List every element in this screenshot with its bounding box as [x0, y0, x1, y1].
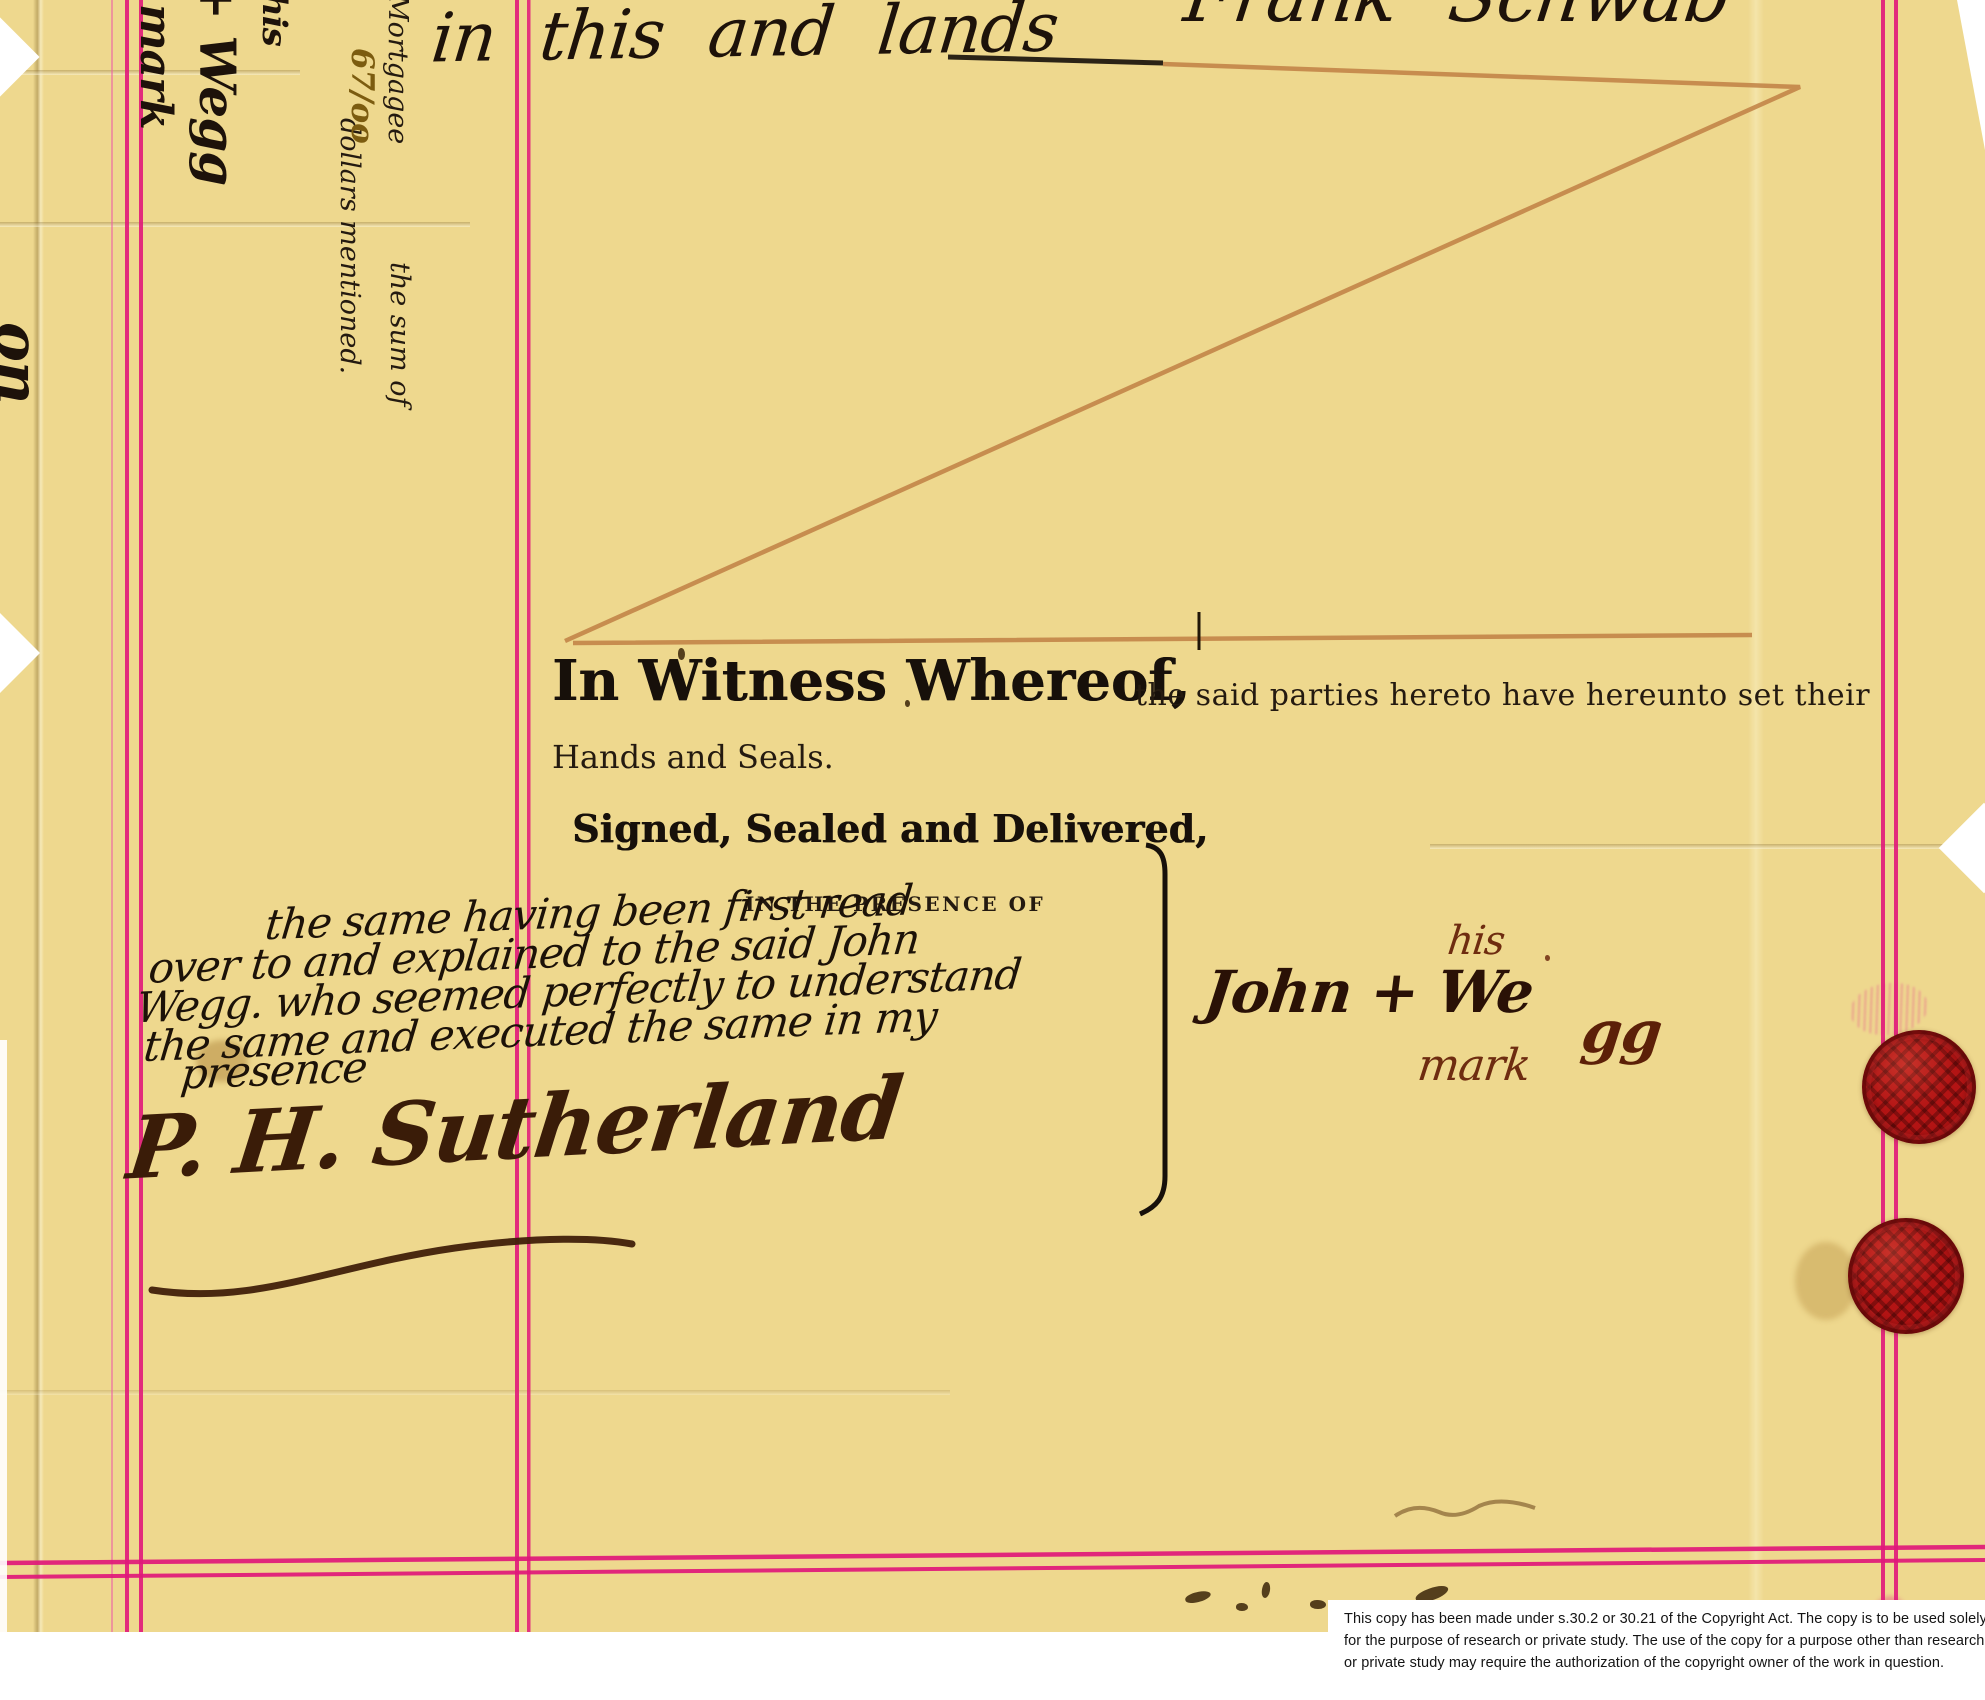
signatory-mark-label: mark [1415, 1040, 1533, 1091]
margin-rule-mid-1 [515, 0, 519, 1700]
margin-rule-right-1 [1881, 0, 1885, 1640]
margin-label-mortgagee: Mortgagee [382, 0, 413, 144]
witness-heading: In Witness Whereof, [552, 648, 1190, 714]
hands-seals-line: Hands and Seals. [552, 738, 834, 776]
margin-rule-right-2 [1894, 0, 1898, 1640]
copyright-line: for the purpose of research or private s… [1344, 1630, 1985, 1652]
wax-seal-bottom [1848, 1218, 1964, 1334]
edge-signature-wegg: + Wegg [188, 0, 247, 185]
ink-speck [905, 700, 910, 707]
copyright-line: or private study may require the authori… [1344, 1652, 1985, 1674]
edge-sliver-left [0, 1040, 7, 1700]
top-handwriting: in this and lands [428, 0, 1062, 79]
margin-label-sum: the sum of [384, 262, 415, 406]
faint-scribble [1395, 1501, 1535, 1516]
margin-rule-mid-2 [527, 0, 531, 1700]
ink-speck [1545, 955, 1550, 961]
ink-blot [1236, 1603, 1248, 1611]
signatory-signature: John + We [1201, 958, 1537, 1026]
margin-label-dollars: dollars mentioned. [334, 118, 365, 374]
copyright-notice: This copy has been made under s.30.2 or … [1328, 1600, 1985, 1700]
margin-rule-left-1 [125, 0, 129, 1700]
edge-signature-his: his [254, 0, 294, 46]
edge-partial-handwriting: on [0, 322, 52, 404]
signatory-signature-flourish: gg [1578, 998, 1665, 1066]
document-scan-page: in this and lands Frank Schwab Mortgagee… [0, 0, 1985, 1700]
margin-amount-fraction: 67/oo [344, 48, 380, 144]
wax-seal-top [1862, 1030, 1976, 1144]
signatory-his-label: his [1445, 918, 1507, 964]
signature-flourish [152, 1239, 632, 1293]
ink-speck [678, 648, 685, 660]
witness-continuation: the said parties hereto have hereunto se… [1135, 678, 1870, 713]
cross-out-lines [565, 64, 1800, 643]
edge-signature-mark: mark [130, 4, 181, 129]
margin-rule-left-thin [111, 0, 113, 1700]
bracket-line [1140, 845, 1165, 1214]
margin-rule-left-2 [139, 0, 143, 1700]
signed-sealed-heading: Signed, Sealed and Delivered, [572, 806, 1208, 851]
top-right-partial-signature: Frank Schwab [1180, 0, 1735, 38]
copyright-line: This copy has been made under s.30.2 or … [1344, 1608, 1985, 1630]
ink-blot [1310, 1600, 1326, 1609]
